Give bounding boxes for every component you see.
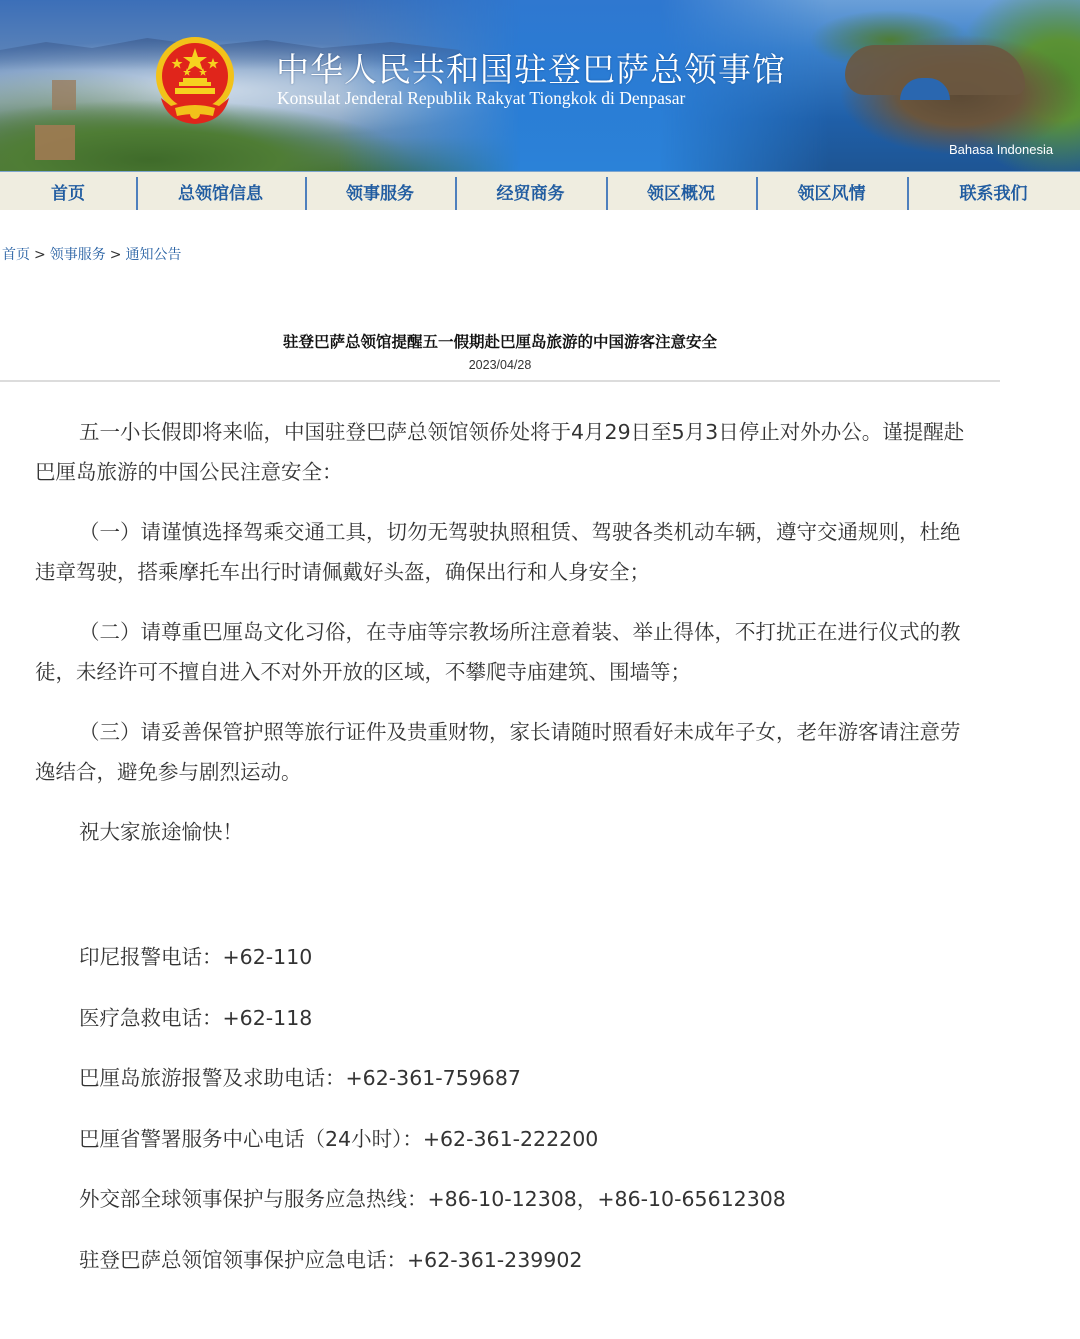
article-body: 五一小长假即将来临，中国驻登巴萨总领馆领侨处将于4月29日至5月3日停止对外办公…	[35, 412, 975, 852]
breadcrumb-consular-services[interactable]: 领事服务	[50, 247, 106, 263]
site-banner: 中华人民共和国驻登巴萨总领事馆 Konsulat Jenderal Republ…	[0, 0, 1080, 171]
contact-line-provincial-police: 巴厘省警署服务中心电话（24小时）：+62-361-222200	[79, 1119, 786, 1159]
breadcrumb-home[interactable]: 首页	[2, 247, 30, 263]
article-paragraph-item-3: （三）请妥善保管护照等旅行证件及贵重财物，家长请随时照看好未成年子女，老年游客请…	[35, 712, 975, 792]
article-paragraph-item-1: （一）请谨慎选择驾乘交通工具，切勿无驾驶执照租赁、驾驶各类机动车辆，遵守交通规则…	[35, 512, 975, 592]
article-paragraph-item-2: （二）请尊重巴厘岛文化习俗，在寺庙等宗教场所注意着装、举止得体，不打扰正在进行仪…	[35, 612, 975, 692]
contact-line-ambulance: 医疗急救电话：+62-118	[79, 998, 786, 1038]
nav-item-consular-services[interactable]: 领事服务	[305, 172, 455, 210]
main-nav: 首页 总领馆信息 领事服务 经贸商务 领区概况 领区风情 联系我们	[0, 171, 1080, 210]
nav-item-home[interactable]: 首页	[0, 172, 136, 210]
article-closing: 祝大家旅途愉快！	[35, 812, 975, 852]
wall-tower	[35, 125, 75, 160]
article-date: 2023/04/28	[0, 358, 1000, 372]
article-title: 驻登巴萨总领馆提醒五一假期赴巴厘岛旅游的中国游客注意安全	[0, 330, 1000, 352]
breadcrumb-separator: >	[110, 247, 122, 263]
nav-item-district-overview[interactable]: 领区概况	[606, 172, 756, 210]
emergency-contacts: 印尼报警电话：+62-110 医疗急救电话：+62-118 巴厘岛旅游报警及求助…	[79, 937, 786, 1301]
nav-item-district-culture[interactable]: 领区风情	[756, 172, 907, 210]
contact-line-mfa-hotline: 外交部全球领事保护与服务应急热线：+86-10-12308，+86-10-656…	[79, 1179, 786, 1219]
breadcrumb-notices[interactable]: 通知公告	[125, 247, 181, 263]
wall-tower	[52, 80, 76, 110]
nav-item-trade-commerce[interactable]: 经贸商务	[455, 172, 606, 210]
contact-line-tourist-police: 巴厘岛旅游报警及求助电话：+62-361-759687	[79, 1058, 786, 1098]
nav-item-contact-us[interactable]: 联系我们	[907, 172, 1080, 210]
site-title-indonesian: Konsulat Jenderal Republik Rakyat Tiongk…	[277, 88, 685, 109]
site-title-chinese: 中华人民共和国驻登巴萨总领事馆	[276, 44, 786, 91]
contact-line-consulate-emergency: 驻登巴萨总领馆领事保护应急电话：+62-361-239902	[79, 1240, 786, 1280]
article-paragraph-intro: 五一小长假即将来临，中国驻登巴萨总领馆领侨处将于4月29日至5月3日停止对外办公…	[35, 412, 975, 492]
breadcrumb-separator: >	[34, 247, 46, 263]
nav-item-consulate-info[interactable]: 总领馆信息	[136, 172, 305, 210]
article-divider	[0, 380, 1000, 382]
contact-line-police: 印尼报警电话：+62-110	[79, 937, 786, 977]
language-switch-link[interactable]: Bahasa Indonesia	[949, 142, 1053, 157]
national-emblem-icon	[153, 36, 237, 126]
breadcrumb: 首页>领事服务>通知公告	[2, 244, 181, 264]
